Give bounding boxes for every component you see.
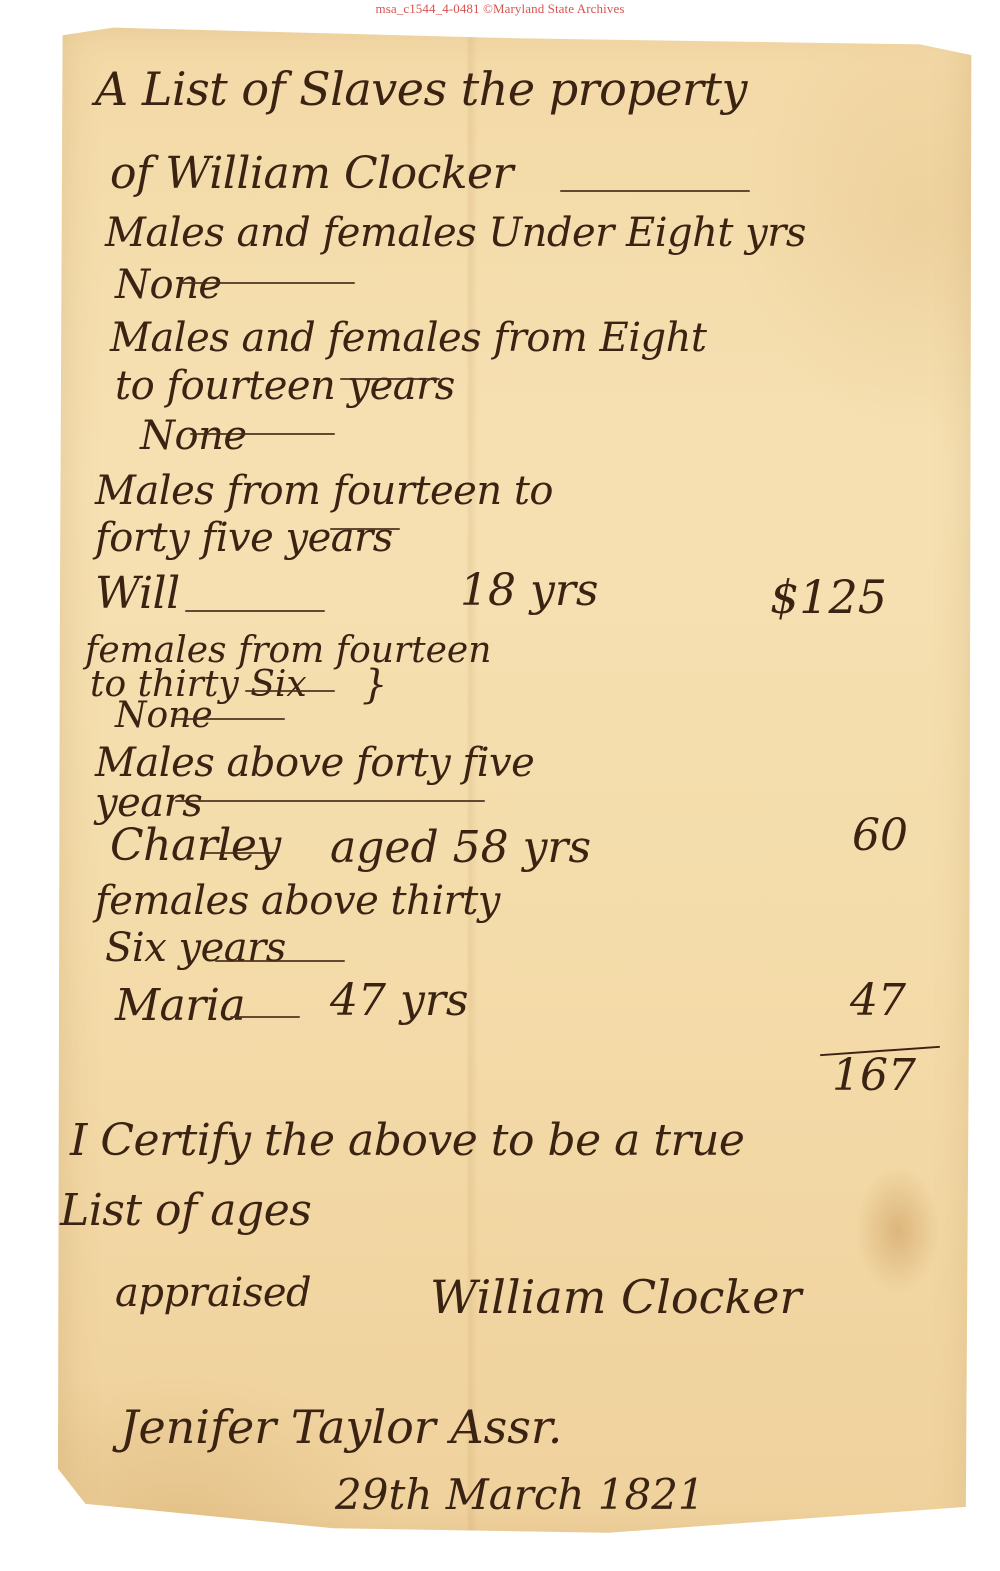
- section-6-entry-age: 47 yrs: [330, 975, 468, 1026]
- section-3-entry-value: $125: [770, 570, 887, 624]
- section-3-heading-1: Males from fourteen to: [95, 468, 553, 514]
- section-6-heading-1: females above thirty: [95, 878, 500, 924]
- section-1-entry-name: None: [115, 262, 222, 308]
- title-line-2: of William Clocker: [110, 148, 513, 199]
- section-6-entry-rule: [230, 1016, 300, 1018]
- appraised-label: appraised: [115, 1270, 311, 1316]
- certification-line-2: List of ages: [60, 1185, 311, 1236]
- title-line-1: A List of Slaves the property: [95, 62, 747, 116]
- section-2-heading-1: Males and females from Eight: [110, 315, 707, 361]
- section-5-heading-rule: [175, 800, 485, 802]
- section-6-entry-name: Maria: [115, 980, 245, 1031]
- title-rule: [560, 190, 750, 192]
- section-3-entry-age: 18 yrs: [460, 565, 598, 616]
- document-date: 29th March 1821: [335, 1470, 705, 1519]
- section-2-heading-rule: [340, 378, 440, 380]
- assessor-signature: Jenifer Taylor Assr.: [120, 1400, 562, 1454]
- certification-line-1: I Certify the above to be a true: [70, 1115, 744, 1166]
- total-value: 167: [832, 1050, 916, 1101]
- section-6-heading-rule: [215, 960, 345, 962]
- section-1-heading: Males and females Under Eight yrs: [105, 210, 806, 256]
- section-6-entry-value: 47: [850, 975, 906, 1026]
- archive-watermark: msa_c1544_4-0481 ©Maryland State Archive…: [0, 1, 1000, 17]
- section-4-heading-rule: [245, 690, 335, 692]
- section-2-rule: [190, 433, 335, 435]
- section-6-heading-2: Six years: [105, 925, 286, 971]
- section-3-entry-rule: [185, 610, 325, 612]
- section-3-heading-rule: [330, 528, 400, 530]
- section-4-rule: [175, 718, 285, 720]
- section-1-rule: [180, 282, 355, 284]
- section-4-brace: }: [362, 662, 387, 708]
- section-2-entry-name: None: [140, 413, 247, 459]
- section-4-entry-name: None: [115, 695, 213, 736]
- section-2-heading-2: to fourteen years: [115, 363, 455, 409]
- section-5-entry-age: aged 58 yrs: [330, 822, 591, 873]
- section-5-entry-value: 60: [852, 810, 908, 861]
- section-5-entry-rule: [205, 852, 275, 854]
- section-5-entry-name: Charley: [110, 820, 281, 871]
- owner-signature: William Clocker: [430, 1270, 801, 1324]
- section-3-heading-2: forty five years: [95, 515, 393, 561]
- section-3-entry-name: Will: [95, 568, 180, 619]
